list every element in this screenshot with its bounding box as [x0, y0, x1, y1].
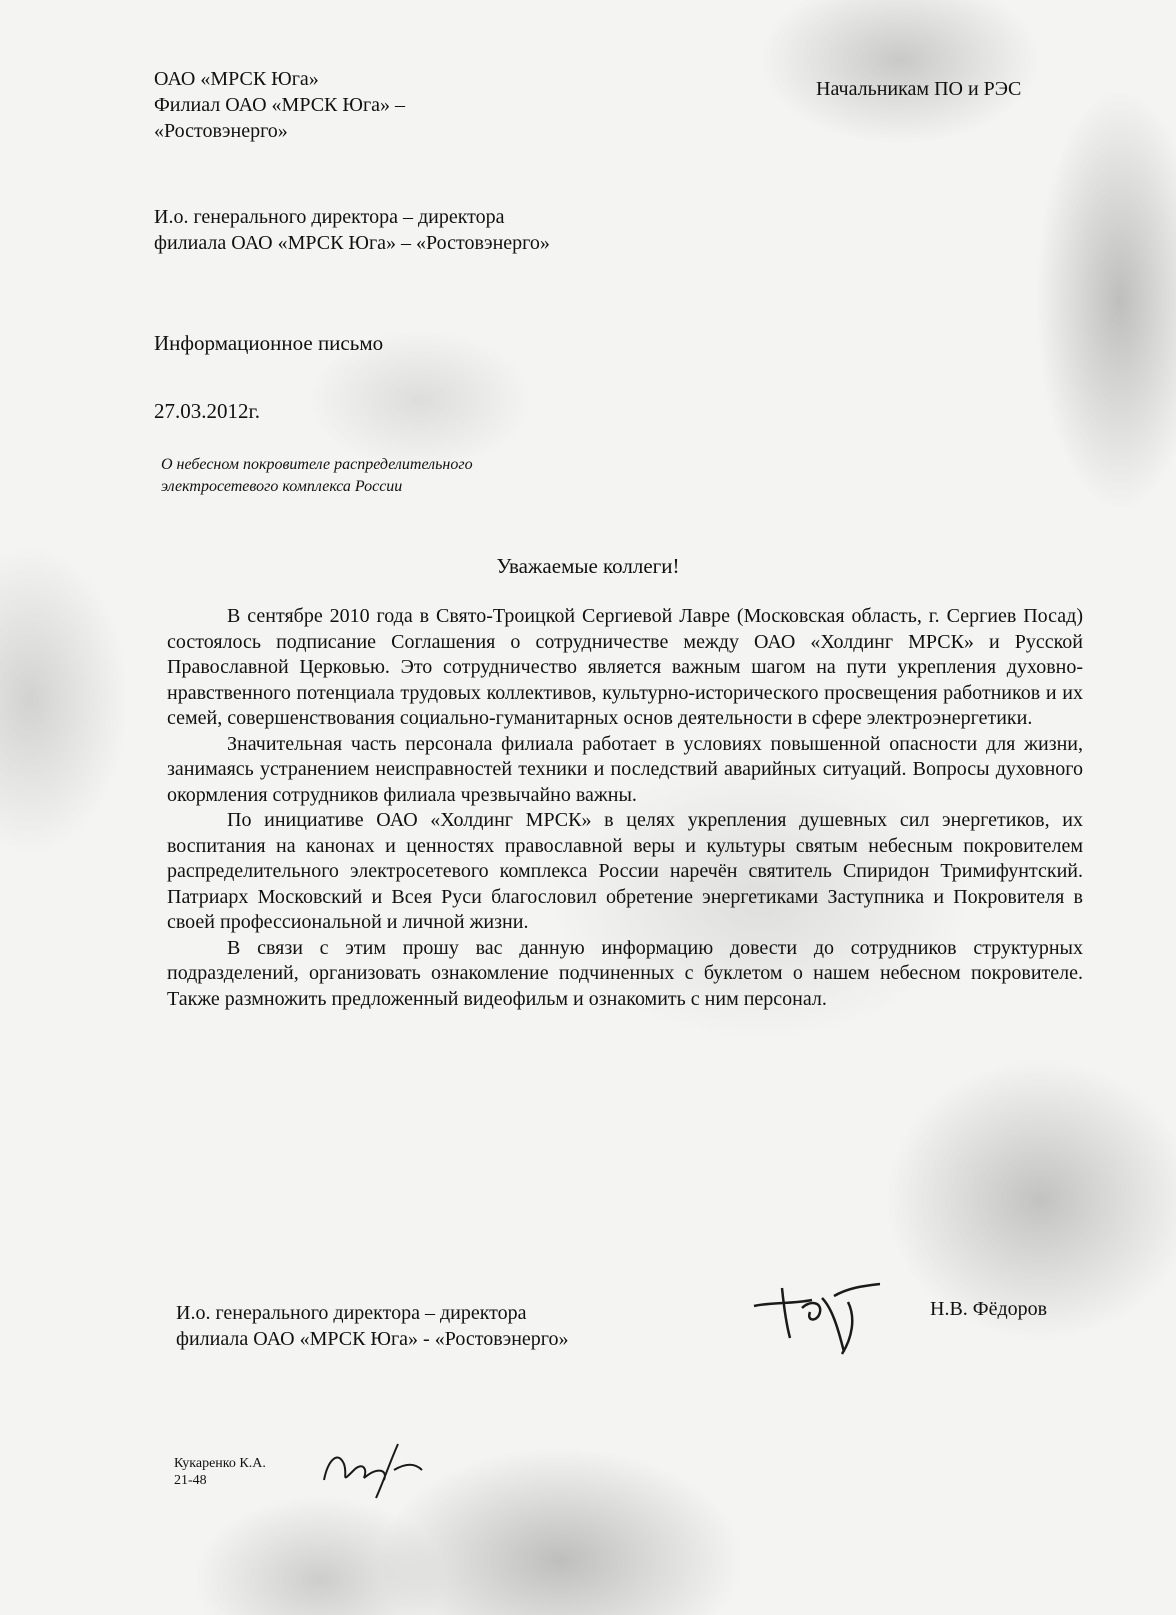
sender-block: И.о. генерального директора – директора …: [154, 204, 550, 256]
paragraph: По инициативе ОАО «Холдинг МРСК» в целях…: [167, 808, 1083, 936]
executor-signature: [318, 1440, 428, 1500]
letter-body: В сентябре 2010 года в Свято-Троицкой Се…: [167, 604, 1083, 1012]
document-date: 27.03.2012г.: [154, 398, 260, 424]
handwritten-signature: [752, 1278, 892, 1358]
paragraph: В связи с этим прошу вас данную информац…: [167, 936, 1083, 1013]
org-line: «Ростовэнерго»: [154, 118, 405, 144]
signatory-name: Н.В. Фёдоров: [930, 1296, 1047, 1322]
subject-line: электросетевого комплекса России: [161, 476, 473, 498]
document-type: Информационное письмо: [154, 330, 383, 356]
sender-line: И.о. генерального директора – директора: [154, 204, 550, 230]
executor-phone: 21-48: [174, 1472, 266, 1489]
greeting: Уважаемые коллеги!: [0, 553, 1176, 579]
organization-header: ОАО «МРСК Юга» Филиал ОАО «МРСК Юга» – «…: [154, 66, 405, 144]
paragraph: В сентябре 2010 года в Свято-Троицкой Се…: [167, 604, 1083, 732]
org-line: ОАО «МРСК Юга»: [154, 66, 405, 92]
executor-name: Кукаренко К.А.: [174, 1455, 266, 1472]
paragraph: Значительная часть персонала филиала раб…: [167, 732, 1083, 809]
signatory-title-line: И.о. генерального директора – директора: [176, 1300, 569, 1326]
addressee: Начальникам ПО и РЭС: [816, 76, 1021, 102]
signatory-title: И.о. генерального директора – директора …: [176, 1300, 569, 1352]
signatory-title-line: филиала ОАО «МРСК Юга» - «Ростовэнерго»: [176, 1326, 569, 1352]
sender-line: филиала ОАО «МРСК Юга» – «Ростовэнерго»: [154, 230, 550, 256]
subject-line: О небесном покровителе распределительног…: [161, 454, 473, 476]
executor-block: Кукаренко К.А. 21-48: [174, 1455, 266, 1489]
org-line: Филиал ОАО «МРСК Юга» –: [154, 92, 405, 118]
document-subject: О небесном покровителе распределительног…: [161, 454, 473, 498]
